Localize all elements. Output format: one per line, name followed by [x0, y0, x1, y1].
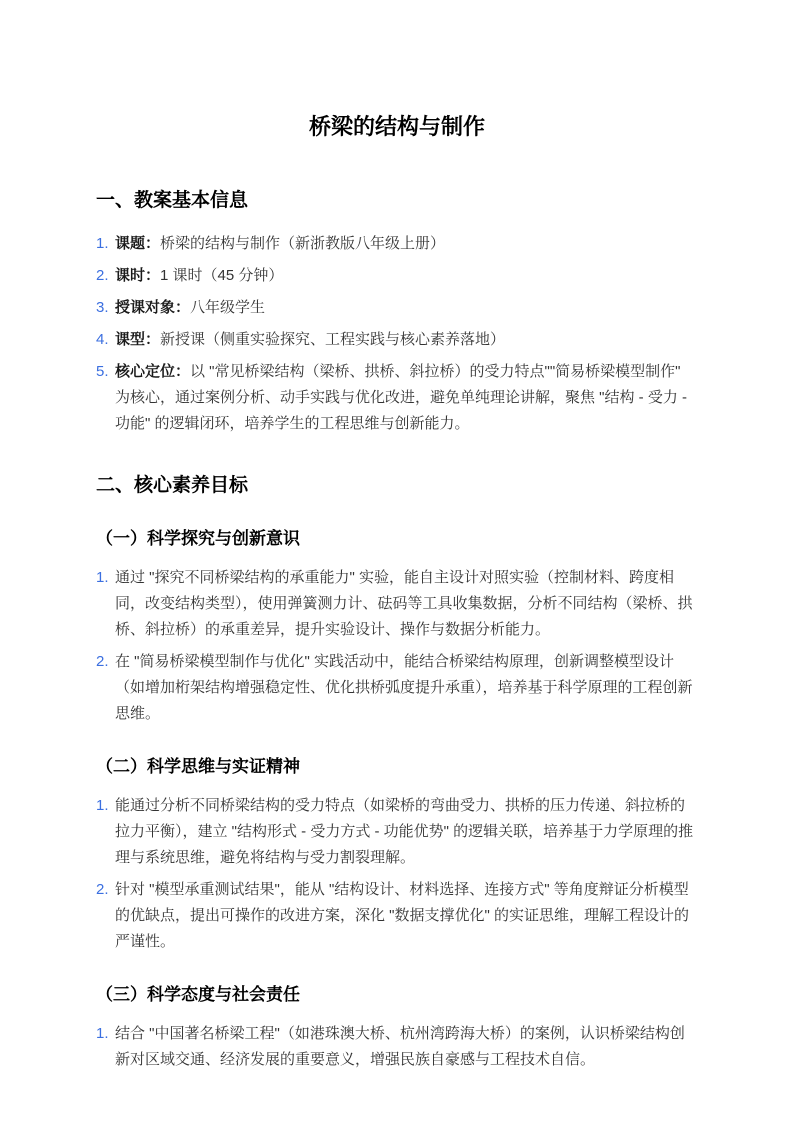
subsection-heading-attitude-responsibility: （三）科学态度与社会责任 — [96, 983, 698, 1007]
attitude-responsibility-list: 1. 结合 "中国著名桥梁工程"（如港珠澳大桥、杭州湾跨海大桥）的案例，认识桥梁… — [96, 1021, 698, 1073]
list-item-body: 核心定位：以 "常见桥梁结构（梁桥、拱桥、斜拉桥）的受力特点""简易桥梁模型制作… — [115, 359, 698, 437]
item-text: 新授课（侧重实验探究、工程实践与核心素养落地） — [160, 331, 505, 348]
item-label: 课题： — [115, 235, 160, 252]
subsection-heading-thinking-evidence: （二）科学思维与实证精神 — [96, 755, 698, 779]
list-number: 1. — [96, 1021, 115, 1047]
list-item-duration: 2. 课时：1 课时（45 分钟） — [96, 263, 698, 289]
list-number: 2. — [96, 263, 115, 289]
item-text: 通过 "探究不同桥梁结构的承重能力" 实验，能自主设计对照实验（控制材料、跨度相… — [115, 569, 693, 638]
item-label: 课型： — [115, 331, 160, 348]
list-number: 1. — [96, 793, 115, 819]
list-item: 1. 结合 "中国著名桥梁工程"（如港珠澳大桥、杭州湾跨海大桥）的案例，认识桥梁… — [96, 1021, 698, 1073]
list-item-lesson-type: 4. 课型：新授课（侧重实验探究、工程实践与核心素养落地） — [96, 327, 698, 353]
item-text: 以 "常见桥梁结构（梁桥、拱桥、斜拉桥）的受力特点""简易桥梁模型制作" 为核心… — [115, 363, 687, 432]
document-title: 桥梁的结构与制作 — [96, 112, 698, 142]
subsection-heading-inquiry-innovation: （一）科学探究与创新意识 — [96, 527, 698, 551]
inquiry-innovation-list: 1. 通过 "探究不同桥梁结构的承重能力" 实验，能自主设计对照实验（控制材料、… — [96, 565, 698, 727]
item-text: 针对 "模型承重测试结果"，能从 "结构设计、材料选择、连接方式" 等角度辩证分… — [115, 881, 689, 950]
item-text: 1 课时（45 分钟） — [160, 267, 283, 284]
list-number: 2. — [96, 877, 115, 903]
item-label: 课时： — [115, 267, 160, 284]
item-text: 结合 "中国著名桥梁工程"（如港珠澳大桥、杭州湾跨海大桥）的案例，认识桥梁结构创… — [115, 1025, 685, 1068]
list-number: 4. — [96, 327, 115, 353]
list-item-body: 在 "简易桥梁模型制作与优化" 实践活动中，能结合桥梁结构原理，创新调整模型设计… — [115, 649, 698, 727]
item-text: 桥梁的结构与制作（新浙教版八年级上册） — [160, 235, 445, 252]
list-item-body: 能通过分析不同桥梁结构的受力特点（如梁桥的弯曲受力、拱桥的压力传递、斜拉桥的拉力… — [115, 793, 698, 871]
item-label: 授课对象： — [115, 299, 190, 316]
list-item-core-positioning: 5. 核心定位：以 "常见桥梁结构（梁桥、拱桥、斜拉桥）的受力特点""简易桥梁模… — [96, 359, 698, 437]
list-number: 1. — [96, 565, 115, 591]
basic-info-list: 1. 课题：桥梁的结构与制作（新浙教版八年级上册） 2. 课时：1 课时（45 … — [96, 231, 698, 437]
list-item-topic: 1. 课题：桥梁的结构与制作（新浙教版八年级上册） — [96, 231, 698, 257]
list-item-body: 针对 "模型承重测试结果"，能从 "结构设计、材料选择、连接方式" 等角度辩证分… — [115, 877, 698, 955]
section-heading-basic-info: 一、教案基本信息 — [96, 188, 698, 214]
section-heading-core-goals: 二、核心素养目标 — [96, 473, 698, 499]
list-item-body: 结合 "中国著名桥梁工程"（如港珠澳大桥、杭州湾跨海大桥）的案例，认识桥梁结构创… — [115, 1021, 698, 1073]
item-text: 在 "简易桥梁模型制作与优化" 实践活动中，能结合桥梁结构原理，创新调整模型设计… — [115, 653, 693, 722]
item-text: 能通过分析不同桥梁结构的受力特点（如梁桥的弯曲受力、拱桥的压力传递、斜拉桥的拉力… — [115, 797, 693, 866]
list-item: 1. 能通过分析不同桥梁结构的受力特点（如梁桥的弯曲受力、拱桥的压力传递、斜拉桥… — [96, 793, 698, 871]
list-item: 2. 在 "简易桥梁模型制作与优化" 实践活动中，能结合桥梁结构原理，创新调整模… — [96, 649, 698, 727]
list-item-body: 授课对象：八年级学生 — [115, 295, 698, 321]
list-number: 2. — [96, 649, 115, 675]
list-item-body: 课型：新授课（侧重实验探究、工程实践与核心素养落地） — [115, 327, 698, 353]
list-number: 5. — [96, 359, 115, 385]
section-core-goals: 二、核心素养目标 （一）科学探究与创新意识 1. 通过 "探究不同桥梁结构的承重… — [96, 473, 698, 1073]
section-basic-info: 一、教案基本信息 1. 课题：桥梁的结构与制作（新浙教版八年级上册） 2. 课时… — [96, 188, 698, 437]
list-number: 1. — [96, 231, 115, 257]
item-label: 核心定位： — [115, 363, 190, 380]
list-item-body: 课题：桥梁的结构与制作（新浙教版八年级上册） — [115, 231, 698, 257]
list-item: 1. 通过 "探究不同桥梁结构的承重能力" 实验，能自主设计对照实验（控制材料、… — [96, 565, 698, 643]
list-item-body: 课时：1 课时（45 分钟） — [115, 263, 698, 289]
thinking-evidence-list: 1. 能通过分析不同桥梁结构的受力特点（如梁桥的弯曲受力、拱桥的压力传递、斜拉桥… — [96, 793, 698, 955]
list-number: 3. — [96, 295, 115, 321]
document-page: 桥梁的结构与制作 一、教案基本信息 1. 课题：桥梁的结构与制作（新浙教版八年级… — [0, 0, 794, 1123]
list-item-audience: 3. 授课对象：八年级学生 — [96, 295, 698, 321]
item-text: 八年级学生 — [190, 299, 265, 316]
list-item: 2. 针对 "模型承重测试结果"，能从 "结构设计、材料选择、连接方式" 等角度… — [96, 877, 698, 955]
list-item-body: 通过 "探究不同桥梁结构的承重能力" 实验，能自主设计对照实验（控制材料、跨度相… — [115, 565, 698, 643]
